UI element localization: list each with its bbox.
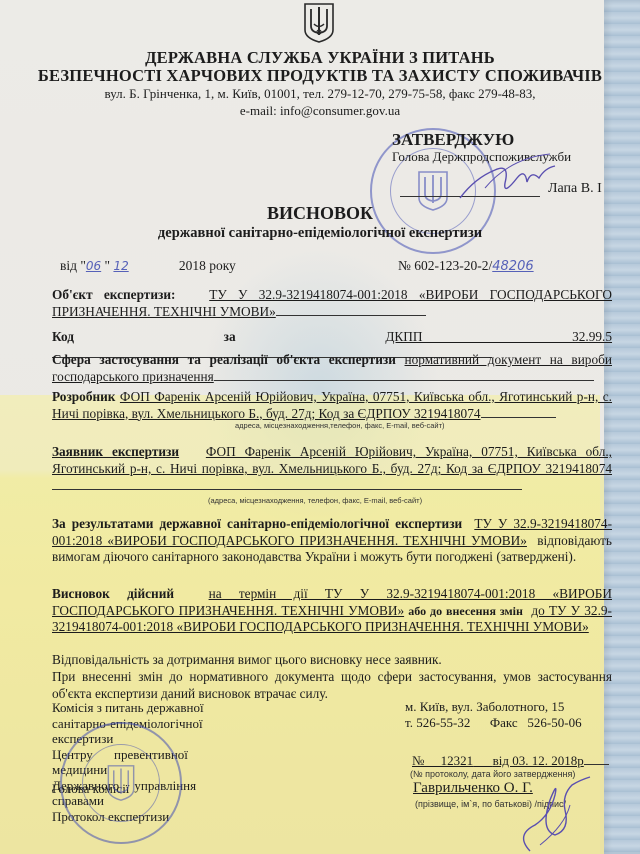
page-edge-border bbox=[604, 0, 640, 854]
number-prefix: № 602-123-20-2/ bbox=[398, 258, 492, 273]
commission-stamp bbox=[60, 722, 182, 844]
changes-note: При внесенні змін до нормативного докуме… bbox=[52, 669, 612, 702]
scope-label: Сфера застосування та реалізації об'єкта… bbox=[52, 352, 396, 367]
document-subtitle: державної санітарно-епідеміологічної екс… bbox=[0, 225, 640, 242]
responsibility-note: Відповідальність за дотримання вимог цьо… bbox=[52, 652, 612, 669]
date-prefix: від " bbox=[60, 258, 86, 273]
object-label: Об'єкт експертизи: bbox=[52, 287, 175, 302]
center-fax: Факс 526-50-06 bbox=[490, 715, 582, 730]
section-validity: Висновок дійсний на термін дії ТУ У 32.9… bbox=[52, 586, 612, 636]
date-mid: " bbox=[101, 258, 113, 273]
code-label: Код за bbox=[52, 329, 236, 344]
org-name-line1: ДЕРЖАВНА СЛУЖБА УКРАЇНИ З ПИТАНЬ bbox=[0, 48, 640, 68]
date-day: 06 bbox=[86, 259, 101, 273]
applicant-caption: (адреса, місцезнаходження, телефон, факс… bbox=[208, 496, 422, 505]
developer-label: Розробник bbox=[52, 389, 115, 404]
document-number: № 602-123-20-2/48206 bbox=[398, 258, 562, 274]
approval-signature bbox=[455, 148, 565, 208]
section-object: Об'єкт експертизи: ТУ У 32.9-3219418074-… bbox=[52, 287, 612, 320]
center-contacts: т. 526-55-32 Факс 526-50-06 bbox=[405, 715, 582, 731]
date-month: 12 bbox=[113, 259, 175, 273]
protocol-line: № 12321 від 03. 12. 2018р bbox=[412, 753, 609, 769]
developer-caption: адреса, місцезнаходження,телефон, факс, … bbox=[235, 421, 445, 430]
center-phone: т. 526-55-32 bbox=[405, 715, 470, 730]
number-handwritten: 48206 bbox=[492, 259, 562, 274]
commission-stamp-trident-icon bbox=[104, 764, 138, 802]
section-developer: Розробник ФОП Фаренік Арсеній Юрійович, … bbox=[52, 389, 612, 422]
org-address: вул. Б. Грінченка, 1, м. Київ, 01001, те… bbox=[0, 86, 640, 102]
section-scope: Сфера застосування та реалізації об'єкта… bbox=[52, 352, 612, 385]
validity-label: Висновок дійсний bbox=[52, 586, 174, 601]
applicant-label: Заявник експертизи bbox=[52, 444, 179, 459]
protocol-date: від 03. 12. 2018р bbox=[493, 753, 584, 768]
commission-line-1: Комісія з питань державної bbox=[52, 700, 262, 716]
approval-title: ЗАТВЕРДЖУЮ bbox=[392, 130, 571, 150]
section-applicant: Заявник експертизи ФОП Фаренік Арсеній Ю… bbox=[52, 443, 612, 494]
document-date: від "06 " 12 2018 року bbox=[60, 258, 236, 274]
org-email: e-mail: info@consumer.gov.ua bbox=[0, 103, 640, 119]
validity-or-changes: або до внесення змін bbox=[408, 604, 523, 618]
trident-emblem-icon bbox=[302, 2, 336, 44]
center-address: м. Київ, вул. Заболотного, 15 bbox=[405, 699, 564, 715]
section-results: За результатами державної санітарно-епід… bbox=[52, 516, 612, 566]
date-suffix: 2018 року bbox=[175, 258, 235, 273]
results-label: За результатами державної санітарно-епід… bbox=[52, 516, 462, 531]
code-value: ДКПП 32.99.5 bbox=[385, 329, 612, 344]
document-title: ВИСНОВОК bbox=[0, 203, 640, 224]
org-name-line2: БЕЗПЕЧНОСТІ ХАРЧОВИХ ПРОДУКТІВ ТА ЗАХИСТ… bbox=[0, 66, 640, 86]
head-signature bbox=[510, 775, 610, 854]
protocol-number: № 12321 bbox=[412, 753, 473, 768]
